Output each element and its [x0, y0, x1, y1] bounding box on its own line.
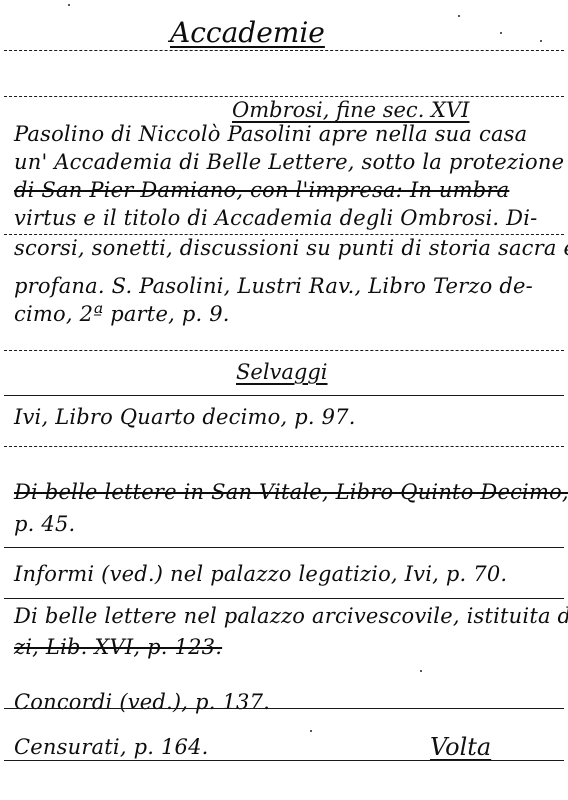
text-line: cimo, 2ª parte, p. 9. — [14, 302, 230, 326]
ruled-line — [4, 446, 564, 447]
scanned-page: Accademie Ombrosi, fine sec. XVI Pasolin… — [0, 0, 568, 800]
scan-speck — [458, 15, 460, 17]
text-line: Informi (ved.) nel palazzo legatizio, Iv… — [14, 562, 507, 586]
text-line: Censurati, p. 164. — [14, 735, 209, 759]
text-line: Pasolino di Niccolò Pasolini apre nella … — [14, 122, 527, 146]
ruled-line — [4, 598, 564, 599]
scan-speck — [420, 670, 422, 672]
ruled-line — [4, 234, 564, 235]
scan-speck — [500, 32, 502, 34]
text-line: Ivi, Libro Quarto decimo, p. 97. — [14, 405, 356, 429]
turn-over-note: Volta — [430, 733, 491, 761]
text-line: Di belle lettere in San Vitale, Libro Qu… — [14, 480, 568, 504]
scan-speck — [540, 40, 542, 42]
section-heading-selvaggi: Selvaggi — [236, 360, 328, 384]
page-title: Accademie — [170, 16, 325, 49]
text-line: di San Pier Damiano, con l'impresa: In u… — [14, 178, 509, 202]
ruled-line — [4, 547, 564, 548]
text-line: Concordi (ved.), p. 137. — [14, 690, 270, 714]
section-heading-ombrosi: Ombrosi, fine sec. XVI — [232, 98, 469, 122]
ruled-line — [4, 395, 564, 396]
text-line: un' Accademia di Belle Lettere, sotto la… — [14, 150, 564, 174]
text-line: scorsi, sonetti, discussioni su punti di… — [14, 236, 568, 260]
text-line: virtus e il titolo di Accademia degli Om… — [14, 206, 537, 230]
text-line: Di belle lettere nel palazzo arcivescovi… — [14, 604, 568, 628]
ruled-line — [4, 708, 564, 709]
text-line: p. 45. — [14, 512, 75, 536]
text-line: zi, Lib. XVI, p. 123. — [14, 635, 222, 659]
ruled-line — [4, 50, 564, 51]
scan-speck — [68, 4, 70, 6]
ruled-line — [4, 350, 564, 351]
ruled-line — [4, 760, 564, 761]
text-line: profana. S. Pasolini, Lustri Rav., Libro… — [14, 274, 533, 298]
ruled-line — [4, 96, 564, 97]
scan-speck — [310, 730, 312, 732]
